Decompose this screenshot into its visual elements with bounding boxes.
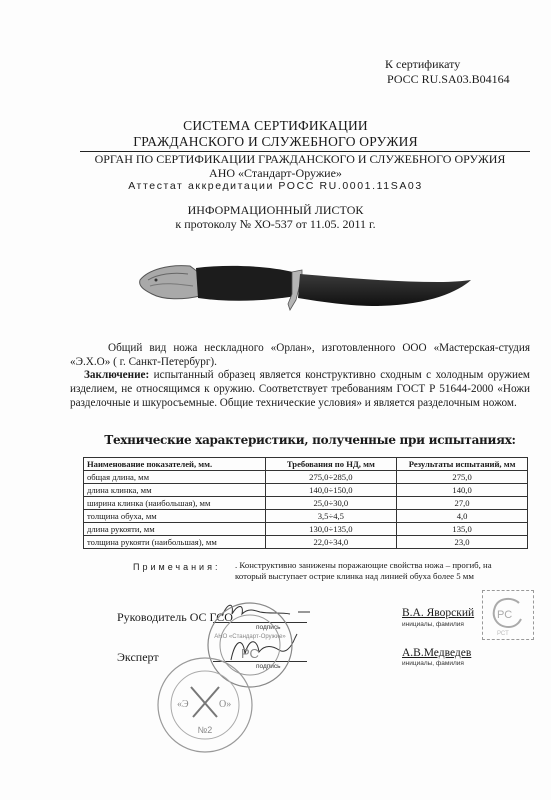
certification-organ: ОРГАН ПО СЕРТИФИКАЦИИ ГРАЖДАНСКОГО И СЛУ… (60, 152, 540, 167)
table-cell: 140,0 (397, 484, 528, 497)
table-row: толщина рукояти (наибольшая), мм22,0÷34,… (84, 536, 528, 549)
table-row: ширина клинка (наибольшая), мм25,0÷30,02… (84, 497, 528, 510)
table-cell: толщина обуха, мм (84, 510, 266, 523)
expert-name: А.В.Медведев (402, 647, 471, 659)
table-cell: 22,0÷34,0 (265, 536, 397, 549)
table-cell: 25,0÷30,0 (265, 497, 397, 510)
protocol-reference: к протоколу № ХО-537 от 11.05. 2011 г. (0, 217, 551, 232)
conclusion-paragraph: Заключение: испытанный образец является … (70, 368, 530, 410)
knife-photo-icon (138, 250, 473, 330)
expert-signature-caption: подпись (256, 663, 281, 670)
table-cell: 3,5÷4,5 (265, 510, 397, 523)
head-name-caption: инициалы, фамилия (402, 621, 464, 628)
table-cell: 275,0÷285,0 (265, 471, 397, 484)
table-cell: 23,0 (397, 536, 528, 549)
table-cell: 275,0 (397, 471, 528, 484)
svg-text:О»: О» (219, 699, 231, 710)
specs-table: Наименование показателей, мм. Требования… (83, 457, 528, 549)
table-cell: длина клинка, мм (84, 484, 266, 497)
notes-label: Примечания: (133, 562, 220, 572)
head-signature-icon (218, 598, 318, 627)
general-view-paragraph: Общий вид ножа нескладного «Орлан», изго… (70, 341, 530, 369)
table-cell: 130,0÷135,0 (265, 523, 397, 536)
general-view-text: Общий вид ножа нескладного «Орлан», изго… (70, 342, 530, 368)
table-cell: 140,0÷150,0 (265, 484, 397, 497)
table-row: толщина обуха, мм3,5÷4,54,0 (84, 510, 528, 523)
table-row: длина клинка, мм140,0÷150,0140,0 (84, 484, 528, 497)
table-cell: ширина клинка (наибольшая), мм (84, 497, 266, 510)
rst-mark-icon: РС РСТ (483, 591, 533, 639)
specs-header-row: Наименование показателей, мм. Требования… (84, 458, 528, 471)
column-header: Требования по НД, мм (265, 458, 397, 471)
svg-text:РС: РС (497, 609, 512, 621)
table-row: длина рукояти, мм130,0÷135,0135,0 (84, 523, 528, 536)
svg-text:РСТ: РСТ (497, 631, 509, 637)
notes-text: . Конструктивно занижены поражающие свой… (235, 560, 525, 582)
organization-name: АНО «Стандарт-Оружие» (0, 166, 551, 181)
svg-text:«Э: «Э (177, 699, 189, 710)
conclusion-label: Заключение: (84, 369, 149, 381)
certificate-number: РОСС RU.SA03.B04164 (385, 72, 510, 87)
specs-title: Технические характеристики, полученные п… (80, 433, 540, 447)
expert-role-label: Эксперт (117, 650, 159, 665)
document-title: ИНФОРМАЦИОННЫЙ ЛИСТОК (0, 203, 551, 218)
certificate-reference: К сертификату РОСС RU.SA03.B04164 (385, 57, 510, 87)
certification-mark-box: РС РСТ (482, 590, 534, 640)
column-header: Результаты испытаний, мм (397, 458, 528, 471)
column-header: Наименование показателей, мм. (84, 458, 266, 471)
svg-text:№2: №2 (198, 725, 213, 735)
table-cell: длина рукояти, мм (84, 523, 266, 536)
accreditation-line: Аттестат аккредитации РОСС RU.0001.11SA0… (0, 180, 551, 192)
table-cell: 135,0 (397, 523, 528, 536)
head-name: В.А. Яворский (402, 607, 474, 619)
certificate-label: К сертификату (385, 57, 510, 72)
table-cell: 27,0 (397, 497, 528, 510)
table-cell: 4,0 (397, 510, 528, 523)
system-title-line2: ГРАЖДАНСКОГО И СЛУЖЕБНОГО ОРУЖИЯ (0, 134, 551, 150)
table-cell: толщина рукояти (наибольшая), мм (84, 536, 266, 549)
table-row: общая длина, мм275,0÷285,0275,0 (84, 471, 528, 484)
system-title-line1: СИСТЕМА СЕРТИФИКАЦИИ (0, 118, 551, 134)
table-cell: общая длина, мм (84, 471, 266, 484)
expert-name-caption: инициалы, фамилия (402, 660, 464, 667)
